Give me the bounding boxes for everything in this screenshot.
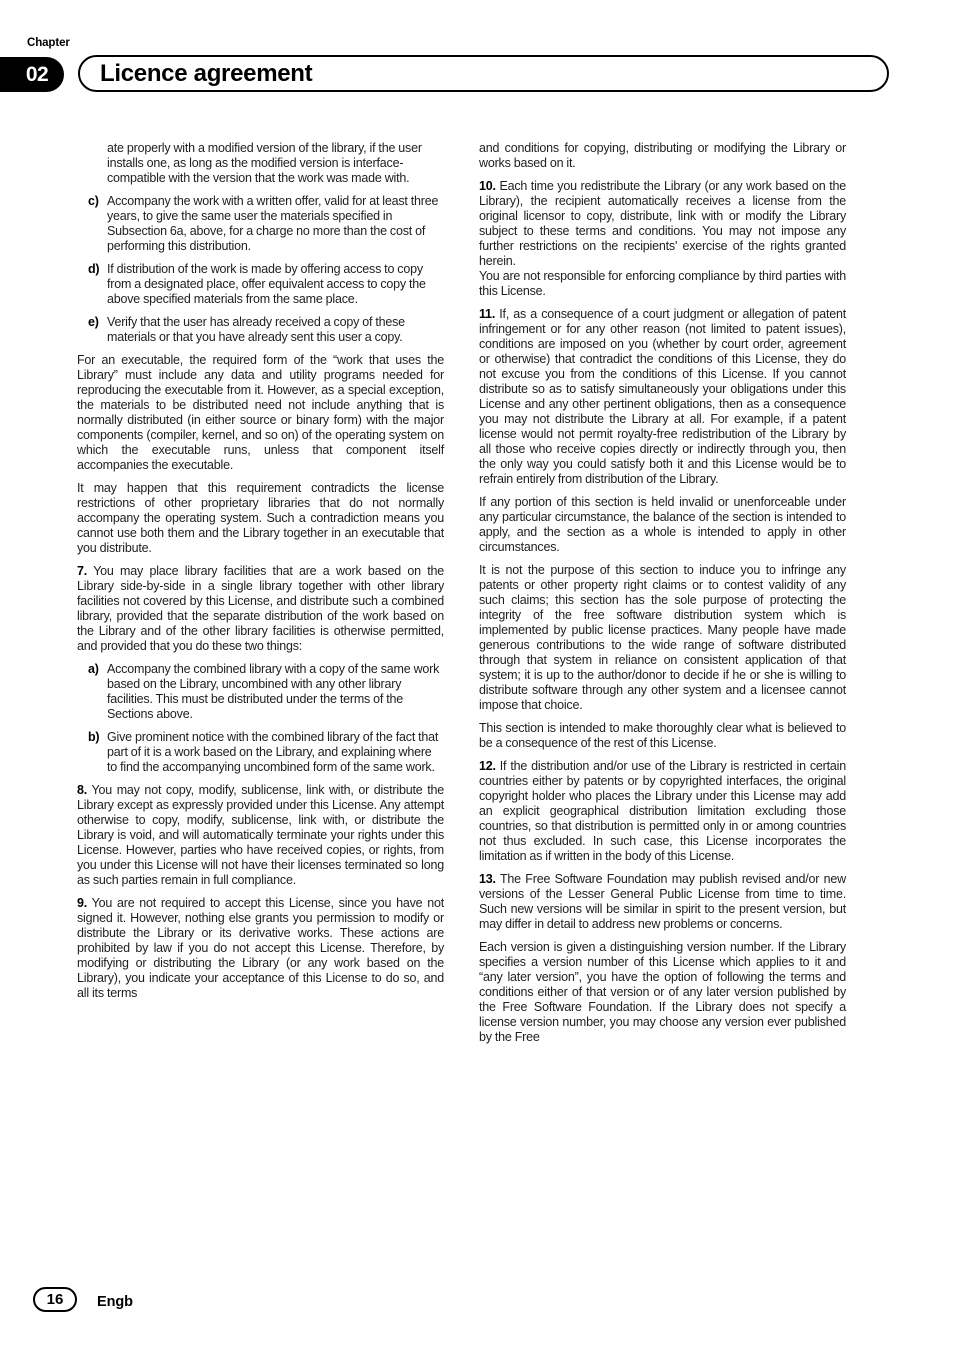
section-number: 12. — [479, 759, 496, 773]
section-12-paragraph: 12. If the distribution and/or use of th… — [479, 759, 846, 864]
list-item-continuation: ate properly with a modified version of … — [77, 141, 444, 186]
section-9-paragraph: 9. You are not required to accept this L… — [77, 896, 444, 1001]
page-number-badge: 16 — [33, 1287, 77, 1312]
paragraph-text: The Free Software Foundation may publish… — [479, 872, 846, 931]
paragraph-text: You are not responsible for enforcing co… — [479, 269, 846, 298]
paragraph: For an executable, the required form of … — [77, 353, 444, 473]
list-item-letter: a) — [88, 662, 107, 722]
section-number: 13. — [479, 872, 496, 886]
section-number: 10. — [479, 179, 496, 193]
paragraph-continuation: and conditions for copying, distributing… — [479, 141, 846, 171]
paragraph-text: For an executable, the required form of … — [77, 353, 444, 472]
paragraph-text: Each version is given a distinguishing v… — [479, 940, 846, 1044]
list-item-text: ate properly with a modified version of … — [107, 141, 422, 185]
paragraph-text: It may happen that this requirement cont… — [77, 481, 444, 555]
page-title: Licence agreement — [100, 60, 312, 88]
right-column: and conditions for copying, distributing… — [479, 141, 846, 1045]
paragraph-text: and conditions for copying, distributing… — [479, 141, 846, 170]
language-code: Engb — [97, 1294, 133, 1310]
list-item-text: Accompany the work with a written offer,… — [107, 194, 444, 254]
paragraph-text: If, as a consequence of a court judgment… — [479, 307, 846, 486]
title-box: Licence agreement — [78, 55, 889, 92]
licence-text: ate properly with a modified version of … — [77, 141, 846, 1045]
list-item-a: a) Accompany the combined library with a… — [77, 662, 444, 722]
paragraph: It is not the purpose of this section to… — [479, 563, 846, 713]
list-item-letter: d) — [88, 262, 107, 307]
paragraph-text: You may not copy, modify, sublicense, li… — [77, 783, 444, 887]
paragraph-text: This section is intended to make thoroug… — [479, 721, 846, 750]
section-7-paragraph: 7. You may place library facilities that… — [77, 564, 444, 654]
list-item-text: If distribution of the work is made by o… — [107, 262, 444, 307]
section-number: 11. — [479, 307, 495, 321]
paragraph: Each version is given a distinguishing v… — [479, 940, 846, 1045]
section-number: 9. — [77, 896, 87, 910]
left-column: ate properly with a modified version of … — [77, 141, 444, 1045]
section-13-paragraph: 13. The Free Software Foundation may pub… — [479, 872, 846, 932]
list-item-c: c) Accompany the work with a written off… — [77, 194, 444, 254]
chapter-number: 02 — [26, 63, 48, 87]
section-10-paragraph: 10. Each time you redistribute the Libra… — [479, 179, 846, 269]
section-8-paragraph: 8. You may not copy, modify, sublicense,… — [77, 783, 444, 888]
paragraph: If any portion of this section is held i… — [479, 495, 846, 555]
paragraph-text: It is not the purpose of this section to… — [479, 563, 846, 712]
chapter-number-badge: 02 — [0, 57, 64, 92]
list-item-d: d) If distribution of the work is made b… — [77, 262, 444, 307]
paragraph: It may happen that this requirement cont… — [77, 481, 444, 556]
paragraph-text: If the distribution and/or use of the Li… — [479, 759, 846, 863]
paragraph-text: If any portion of this section is held i… — [479, 495, 846, 554]
section-11-paragraph: 11. If, as a consequence of a court judg… — [479, 307, 846, 487]
list-item-letter: e) — [88, 315, 107, 345]
chapter-label: Chapter — [27, 37, 70, 49]
list-item-e: e) Verify that the user has already rece… — [77, 315, 444, 345]
paragraph-text: You are not required to accept this Lice… — [77, 896, 444, 1000]
section-number: 8. — [77, 783, 87, 797]
paragraph-text: Each time you redistribute the Library (… — [479, 179, 846, 268]
section-number: 7. — [77, 564, 87, 578]
page-number: 16 — [47, 1291, 64, 1308]
list-item-text: Give prominent notice with the combined … — [107, 730, 444, 775]
list-item-b: b) Give prominent notice with the combin… — [77, 730, 444, 775]
manual-page: Chapter 02 Licence agreement ate properl… — [0, 0, 954, 1352]
paragraph: This section is intended to make thoroug… — [479, 721, 846, 751]
list-item-letter: c) — [88, 194, 107, 254]
list-item-letter: b) — [88, 730, 107, 775]
list-item-text: Accompany the combined library with a co… — [107, 662, 444, 722]
paragraph-text: You may place library facilities that ar… — [77, 564, 444, 653]
paragraph: You are not responsible for enforcing co… — [479, 269, 846, 299]
list-item-text: Verify that the user has already receive… — [107, 315, 444, 345]
